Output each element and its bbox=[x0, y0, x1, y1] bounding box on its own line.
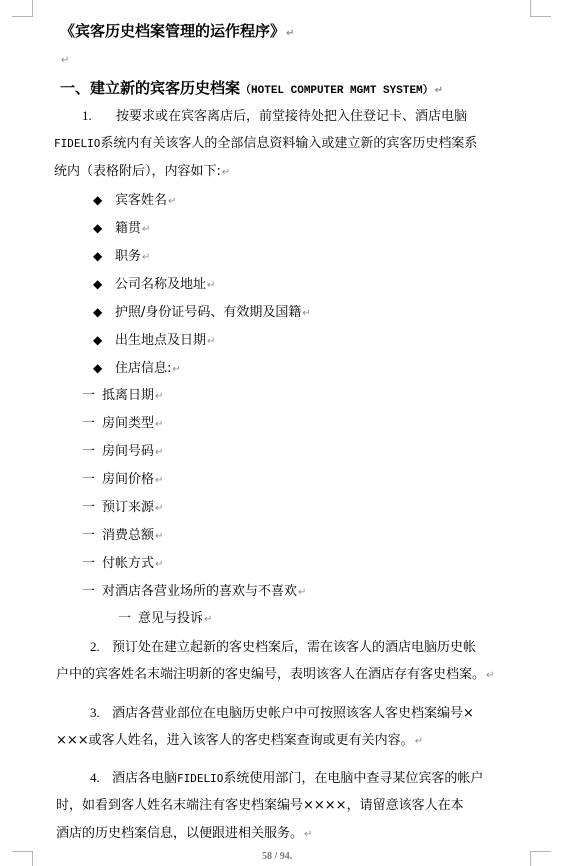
margin-corner-bottom-right bbox=[530, 851, 551, 866]
bullet-item: ◆职务↵ bbox=[93, 246, 150, 268]
para4-line2: 时，如看到客人姓名末端注有客史档案编号××××，请留意该客人在本 bbox=[56, 796, 464, 816]
diamond-bullet-icon: ◆ bbox=[93, 330, 115, 350]
margin-corner-top-right bbox=[530, 0, 551, 17]
bullet-item: ◆护照/身份证号码、有效期及国籍↵ bbox=[93, 302, 311, 324]
dash-bullet-icon: 一 bbox=[82, 498, 102, 518]
stay-item: 一抵离日期↵ bbox=[82, 386, 163, 407]
stay-item: 一房间类型↵ bbox=[82, 414, 163, 435]
para2-line1: 2.预订处在建立起新的客史档案后，需在该客人的酒店电脑历史帐 bbox=[90, 637, 476, 658]
document-title: 《宾客历史档案管理的运作程序》↵ bbox=[60, 21, 294, 44]
bullet-item: ◆公司名称及地址↵ bbox=[93, 274, 215, 296]
para1-line2: FIDELIO系统内有关该客人的全部信息资料输入或建立新的宾客历史档案系 bbox=[54, 134, 477, 154]
paragraph-mark-icon: ↵ bbox=[222, 167, 230, 178]
dash-bullet-icon: 一 bbox=[118, 609, 138, 629]
para4-line1: 4.酒店各电脑FIDELIO系统使用部门，在电脑中查寻某位宾客的帐户 bbox=[90, 768, 483, 789]
margin-corner-bottom-left bbox=[12, 851, 33, 866]
dash-bullet-icon: 一 bbox=[82, 526, 102, 546]
dash-bullet-icon: 一 bbox=[82, 470, 102, 490]
para3-line2: ×××或客人姓名，进入该客人的客史档案查询或更有关内容。↵ bbox=[56, 731, 423, 752]
diamond-bullet-icon: ◆ bbox=[93, 190, 115, 210]
diamond-bullet-icon: ◆ bbox=[93, 358, 115, 378]
stay-item: 一房间号码↵ bbox=[82, 442, 163, 463]
bullet-item: ◆宾客姓名↵ bbox=[93, 190, 176, 212]
stay-item: 一消费总额↵ bbox=[82, 526, 163, 547]
stay-sub-item: 一意见与投诉↵ bbox=[118, 609, 212, 630]
paragraph-mark-icon: ↵ bbox=[61, 55, 69, 66]
paragraph-mark-icon: ↵ bbox=[435, 85, 443, 96]
dash-bullet-icon: 一 bbox=[82, 554, 102, 574]
stay-item: 一对酒店各营业场所的喜欢与不喜欢↵ bbox=[82, 582, 306, 603]
stay-item: 一付帐方式↵ bbox=[82, 554, 163, 575]
paragraph-mark-icon: ↵ bbox=[286, 28, 294, 39]
stay-item: 一预订来源↵ bbox=[82, 498, 163, 519]
para2-line2: 户中的宾客姓名末端注明新的客史编号，表明该客人在酒店存有客史档案。↵ bbox=[56, 665, 494, 686]
bullet-item: ◆籍贯↵ bbox=[93, 218, 150, 240]
para3-line1: 3.酒店各营业部位在电脑历史帐户中可按照该客人客史档案编号× bbox=[90, 703, 474, 724]
dash-bullet-icon: 一 bbox=[82, 582, 102, 602]
diamond-bullet-icon: ◆ bbox=[93, 246, 115, 266]
section-heading: 一、建立新的宾客历史档案（HOTEL COMPUTER MGMT SYSTEM）… bbox=[60, 78, 443, 101]
dash-bullet-icon: 一 bbox=[82, 386, 102, 406]
para4-line3: 酒店的历史档案信息，以便跟进相关服务。↵ bbox=[56, 824, 312, 845]
bullet-item: ◆出生地点及日期↵ bbox=[93, 330, 215, 352]
diamond-bullet-icon: ◆ bbox=[93, 302, 115, 322]
stay-item: 一房间价格↵ bbox=[82, 470, 163, 491]
para1-line1: 1.按要求或在宾客离店后，前堂接待处把入住登记卡、酒店电脑 bbox=[82, 106, 467, 127]
bullet-item: ◆住店信息:↵ bbox=[93, 358, 181, 380]
dash-bullet-icon: 一 bbox=[82, 442, 102, 462]
margin-corner-top-left bbox=[12, 0, 33, 17]
page-number: 58 / 94. bbox=[262, 851, 292, 862]
empty-paragraph: ↵ bbox=[60, 50, 69, 71]
para1-line3: 统内（表格附后），内容如下:↵ bbox=[54, 162, 230, 183]
diamond-bullet-icon: ◆ bbox=[93, 218, 115, 238]
diamond-bullet-icon: ◆ bbox=[93, 274, 115, 294]
dash-bullet-icon: 一 bbox=[82, 414, 102, 434]
